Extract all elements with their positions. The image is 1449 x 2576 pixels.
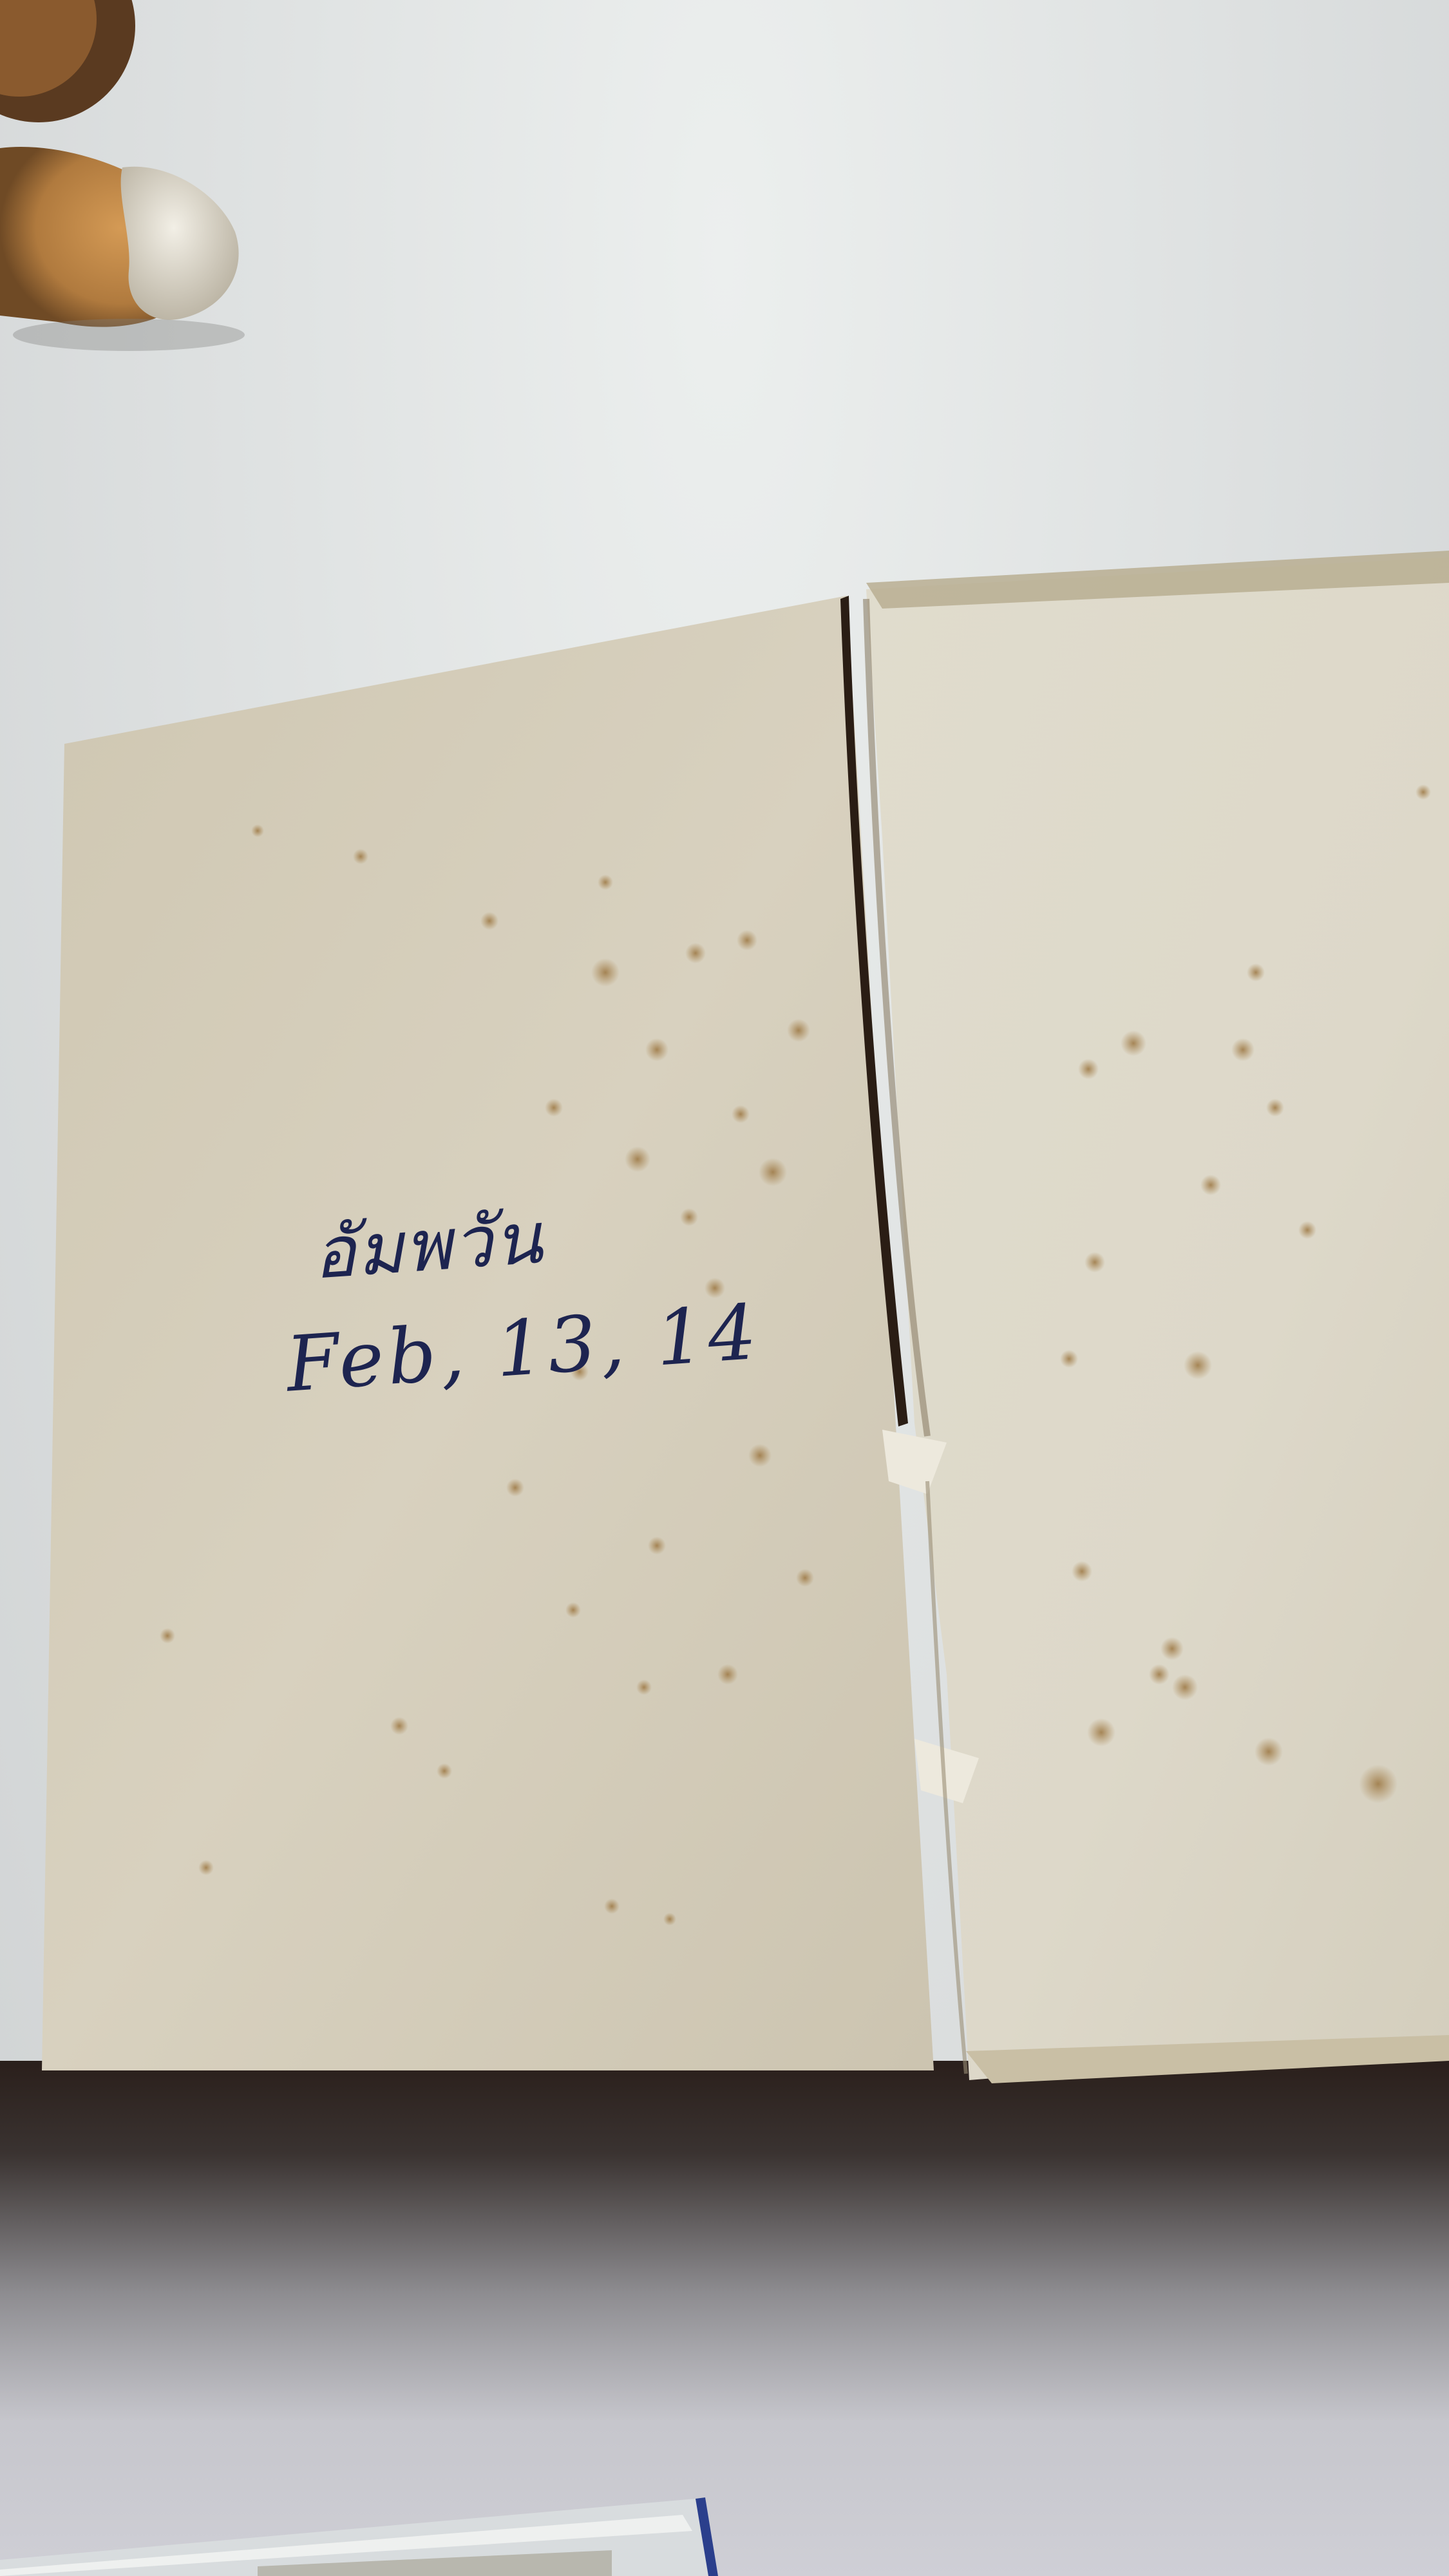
cat-paw (0, 0, 245, 351)
inscription-name: อัมพวัน (309, 1182, 547, 1310)
photo-scene: อัมพวัน Feb, 13, 14 (0, 0, 1449, 2576)
scene-graphics (0, 0, 1449, 2576)
right-pastedown (866, 551, 1449, 2083)
second-book (0, 2497, 718, 2576)
